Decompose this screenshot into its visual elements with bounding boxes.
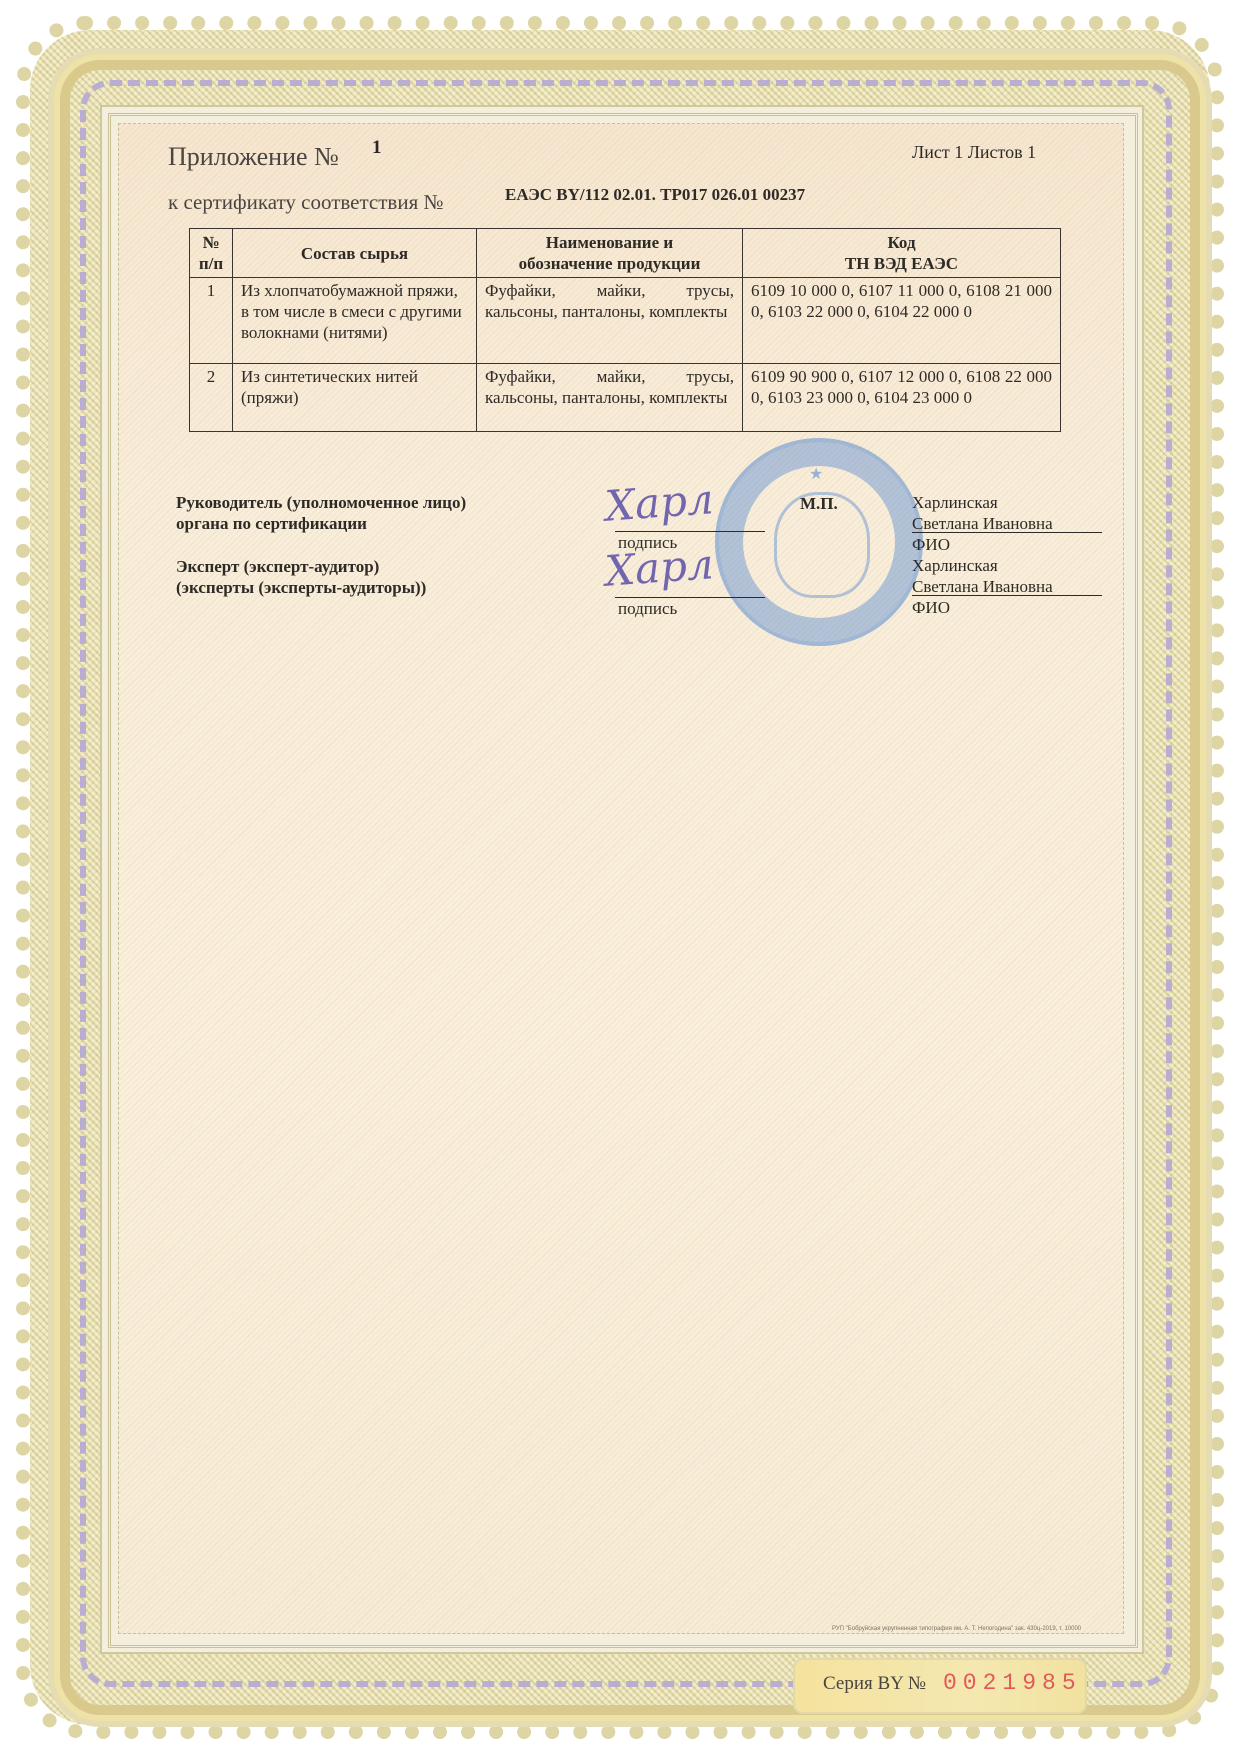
head-signature-line bbox=[615, 531, 765, 532]
table-header-row: № п/п Состав сырья Наименование и обозна… bbox=[190, 229, 1061, 278]
row-codes: 6109 10 000 0, 6107 11 000 0, 6108 21 00… bbox=[743, 278, 1061, 364]
seal-label: М.П. bbox=[800, 494, 838, 514]
expert-signature-caption: подпись bbox=[618, 599, 677, 619]
expert-signature-line bbox=[615, 597, 765, 598]
expert-surname: Харлинская bbox=[912, 555, 998, 576]
head-name-rule bbox=[912, 532, 1102, 533]
sheet-info: Лист 1 Листов 1 bbox=[912, 142, 1036, 163]
official-stamp: ★ bbox=[715, 438, 923, 646]
table-row: 2 Из синтетических нитей (пряжи) Фуфайки… bbox=[190, 364, 1061, 432]
head-name-caption: ФИО bbox=[912, 534, 950, 555]
header-num: № п/п bbox=[190, 229, 233, 278]
row-raw-material: Из синтетических нитей (пряжи) bbox=[233, 364, 477, 432]
header-product: Наименование и обозначение продукции bbox=[477, 229, 743, 278]
series-box: Серия BY № 0021985 bbox=[793, 1658, 1087, 1714]
head-signature: Харл bbox=[603, 474, 715, 530]
appendix-number: 1 bbox=[372, 137, 382, 159]
series-number: 0021985 bbox=[943, 1670, 1082, 1696]
row-product: Фуфайки, майки, трусы, кальсоны, пантало… bbox=[477, 278, 743, 364]
head-surname: Харлинская bbox=[912, 492, 998, 513]
header-raw-material: Состав сырья bbox=[233, 229, 477, 278]
series-label: Серия BY № bbox=[823, 1673, 926, 1695]
table-row: 1 Из хлопчатобумажной пряжи, в том числе… bbox=[190, 278, 1061, 364]
expert-given-names: Светлана Ивановна bbox=[912, 576, 1053, 597]
expert-name-caption: ФИО bbox=[912, 597, 950, 618]
row-num: 2 bbox=[190, 364, 233, 432]
header-code: Код ТН ВЭД ЕАЭС bbox=[743, 229, 1061, 278]
expert-signature: Харл bbox=[603, 539, 715, 595]
head-given-names: Светлана Ивановна bbox=[912, 513, 1053, 534]
row-codes: 6109 90 900 0, 6107 12 000 0, 6108 22 00… bbox=[743, 364, 1061, 432]
expert-label: Эксперт (эксперт-аудитор) (эксперты (экс… bbox=[176, 556, 426, 598]
products-table: № п/п Состав сырья Наименование и обозна… bbox=[189, 228, 1061, 432]
expert-name-rule bbox=[912, 595, 1102, 596]
appendix-title: Приложение № bbox=[168, 142, 339, 172]
row-product: Фуфайки, майки, трусы, кальсоны, пантало… bbox=[477, 364, 743, 432]
row-raw-material: Из хлопчатобумажной пряжи, в том числе в… bbox=[233, 278, 477, 364]
head-label: Руководитель (уполномоченное лицо) орган… bbox=[176, 492, 466, 534]
stamp-star-icon: ★ bbox=[809, 464, 823, 484]
certificate-number: ЕАЭС BY/112 02.01. ТР017 026.01 00237 bbox=[505, 185, 805, 205]
row-num: 1 bbox=[190, 278, 233, 364]
printer-note: РУП "Бобруйская укрупненная типография и… bbox=[832, 1626, 1081, 1632]
certificate-subtitle: к сертификату соответствия № bbox=[168, 190, 444, 215]
